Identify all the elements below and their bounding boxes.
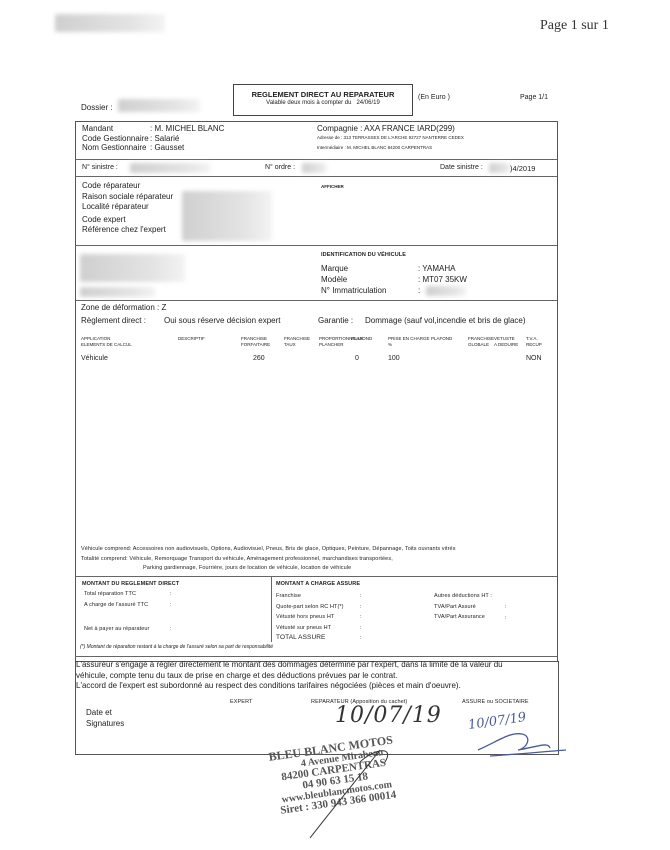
calc-table-header: APPLICATIONELEMENTS DE CALCULDESCRIPTIFF… <box>81 336 556 350</box>
dossier-label: Dossier : <box>81 103 113 112</box>
dossier-redacted <box>118 99 200 112</box>
table-cell-application: Véhicule <box>81 355 108 362</box>
date-sinistre-label: Date sinistre : <box>440 164 483 171</box>
divider <box>75 656 557 657</box>
reglement-value: Oui sous réserve décision expert <box>164 316 281 325</box>
divider <box>75 576 557 577</box>
currency-label: (En Euro ) <box>418 94 450 101</box>
form-title: REGLEMENT DIRECT AU REPARATEUR <box>234 90 412 99</box>
page-indicator: Page 1 sur 1 <box>540 18 609 34</box>
table-header-cell: DESCRIPTIF <box>178 336 205 342</box>
charge-assure-label: A charge de l'assuré TTC <box>84 602 148 608</box>
code-reparateur-value: AFFICHER <box>321 184 344 189</box>
form-title-box: REGLEMENT DIRECT AU REPARATEUR Valable d… <box>233 84 413 116</box>
mandant-labels: Mandant Code Gestionnaire Nom Gestionnai… <box>82 124 149 153</box>
divider <box>75 176 557 177</box>
montant-reglement-title: MONTANT DU REGLEMENT DIRECT <box>82 581 179 587</box>
table-header-cell: PLAFOND <box>351 336 372 342</box>
table-header-cell: APPLICATIONELEMENTS DE CALCUL <box>81 336 132 348</box>
garantie-value: Dommage (sauf vol,incendie et bris de gl… <box>365 316 526 325</box>
stamp-signature-stroke-icon <box>300 742 420 842</box>
adresse: Adresse de : 313 TERRASSES DE L'ARCHE 92… <box>317 135 464 140</box>
date-signatures-label: Date et Signatures <box>86 707 124 729</box>
reparateur-signature-date: 10/07/19 <box>335 703 442 728</box>
separator: : <box>170 626 172 632</box>
divider <box>75 245 557 246</box>
table-header-cell: FRANCHISEGLOBALE <box>468 336 494 348</box>
garantie-label: Garantie : <box>318 316 353 325</box>
date-redacted <box>489 163 511 173</box>
form-page: Page 1/1 <box>520 94 548 101</box>
montant-assure-labels: Franchise Quote-part selon RC HT(*) Vétu… <box>276 591 344 644</box>
table-header-cell: PLAFOND <box>431 336 452 342</box>
validity: Valable deux mois à compter du 24/06/19 <box>234 100 412 106</box>
separator: : <box>170 591 172 597</box>
immat-redacted <box>426 286 466 296</box>
owner-redacted <box>80 254 185 282</box>
owner-redacted-2 <box>80 287 155 297</box>
vehicle-section-title: IDENTIFICATION DU VÉHICULE <box>321 252 406 258</box>
net-payer-label: Net à payer au réparateur <box>84 626 149 632</box>
divider <box>75 300 557 301</box>
vehicle-labels: Marque Modèle N° Immatriculation <box>321 263 386 296</box>
expert-label: EXPERT <box>230 699 253 705</box>
table-header-cell: FRANCHISEFORFAITAIRE <box>241 336 270 348</box>
totalite-comprend-2: Parking gardiennage, Fourrière, jours de… <box>143 565 351 571</box>
sinistre-label: N° sinistre : <box>82 164 118 171</box>
totalite-comprend-1: Totalité comprend: Véhicule, Remorquage … <box>81 556 393 562</box>
ordre-redacted <box>302 163 327 173</box>
assure-label: ASSURE ou SOCIETAIRE <box>462 699 529 705</box>
zone-deformation: Zone de déformation : Z <box>81 303 166 312</box>
table-cell-prise-en-charge-pct: 100 <box>388 355 400 362</box>
table-header-cell: FRANCHISETAUX <box>284 336 310 348</box>
engagement-text: L'assureur s'engage à régler directement… <box>76 660 503 692</box>
table-cell-franchise-forfaitaire: 260 <box>253 355 265 362</box>
redacted-header <box>55 14 165 32</box>
table-cell-plafond: 0 <box>355 355 359 362</box>
sinistre-redacted <box>130 163 210 173</box>
reglement-label: Règlement direct : <box>81 316 146 325</box>
vehicule-comprend: Véhicule comprend: Accessoires non audio… <box>81 546 456 552</box>
table-header-cell: VETUSTEA DEDUIRE <box>494 336 518 348</box>
table-header-cell: PRISE EN CHARGE% <box>388 336 430 348</box>
montant-assure-seps: ::::: <box>360 591 362 644</box>
date-sinistre-value: )4/2019 <box>510 164 535 173</box>
montant-assure-right: Autres déductions HT : TVA/Part Assuré T… <box>434 591 492 623</box>
footnote: (*) Montant de réparation restant à la c… <box>80 644 273 650</box>
compagnie: Compagnie : AXA FRANCE IARD(299) <box>317 124 455 133</box>
mandant-values: : M. MICHEL BLANC : Salarié : Gausset <box>150 124 224 153</box>
divider <box>75 159 557 160</box>
reparateur-redacted <box>182 191 272 241</box>
ordre-label: N° ordre : <box>265 164 295 171</box>
montant-assure-title: MONTANT A CHARGE ASSURE <box>276 581 360 587</box>
divider <box>271 577 272 642</box>
assure-signature-icon <box>470 720 570 760</box>
total-ttc-label: Total réparation TTC <box>84 591 136 597</box>
table-cell-tva: NON <box>526 355 542 362</box>
reparateur-labels: Code réparateur Raison sociale réparateu… <box>82 181 173 236</box>
separator: : <box>170 602 172 608</box>
tva-seps: :: <box>505 602 507 623</box>
table-header-cell: T.V.A.RECUP <box>526 336 542 348</box>
intermediaire: Intermédiaire : M. MICHEL BLANC 84200 CA… <box>317 145 432 150</box>
